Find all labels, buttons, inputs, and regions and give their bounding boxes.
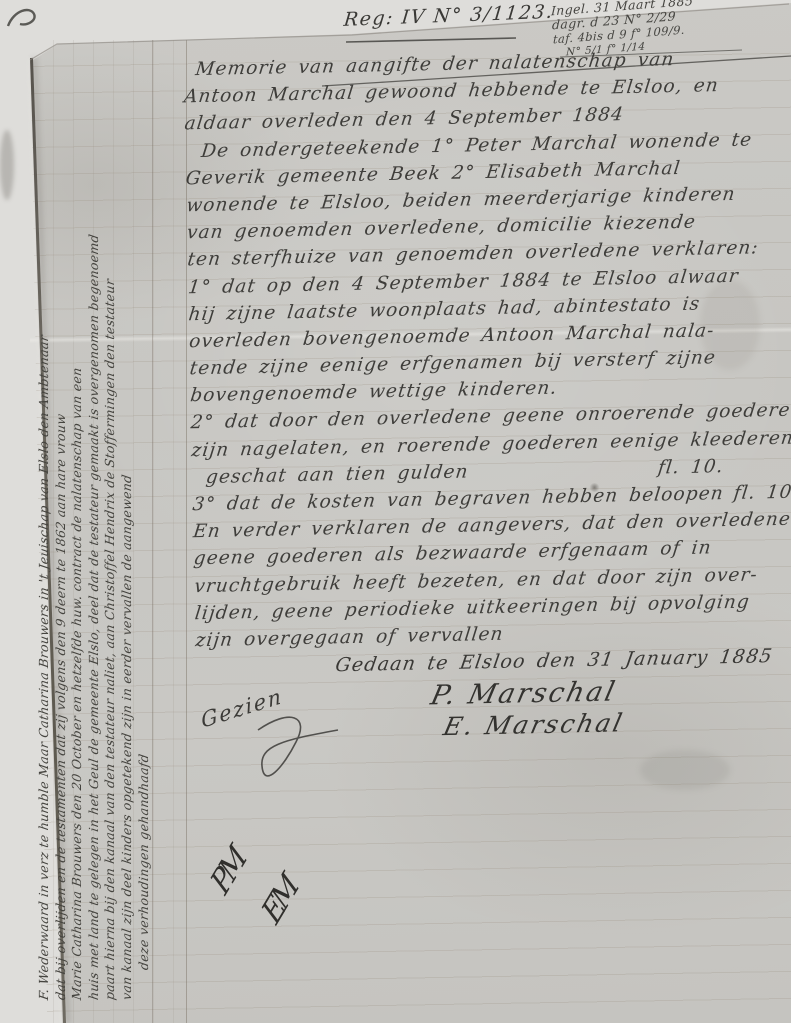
amount-guilders: fl. 10. bbox=[657, 456, 725, 478]
document-content: Reg: IV N° 3/1123. Ingel. 31 Maart 1885d… bbox=[0, 0, 791, 1023]
amount-guilders: fl. 10.— bbox=[733, 481, 791, 504]
body-text: Memorie van aangifte der nalatenschap va… bbox=[183, 47, 783, 657]
signature-p-marschal: P. Marschal bbox=[428, 676, 620, 711]
line-text: Memorie van aangifte der nalatenschap va… bbox=[194, 49, 675, 80]
monogram-em: EM bbox=[256, 871, 304, 932]
line-text: geschat aan tien gulden bbox=[205, 461, 470, 488]
registry-number: Reg: IV N° 3/1123. bbox=[343, 1, 555, 31]
gezien-annotation: Gezien bbox=[200, 684, 284, 733]
scanned-document: F. Wederwaard in verz te humble Maar Cat… bbox=[0, 0, 791, 1023]
signature-e-marschal: E. Marschal bbox=[441, 708, 628, 741]
monogram-pm: PM bbox=[205, 842, 252, 901]
